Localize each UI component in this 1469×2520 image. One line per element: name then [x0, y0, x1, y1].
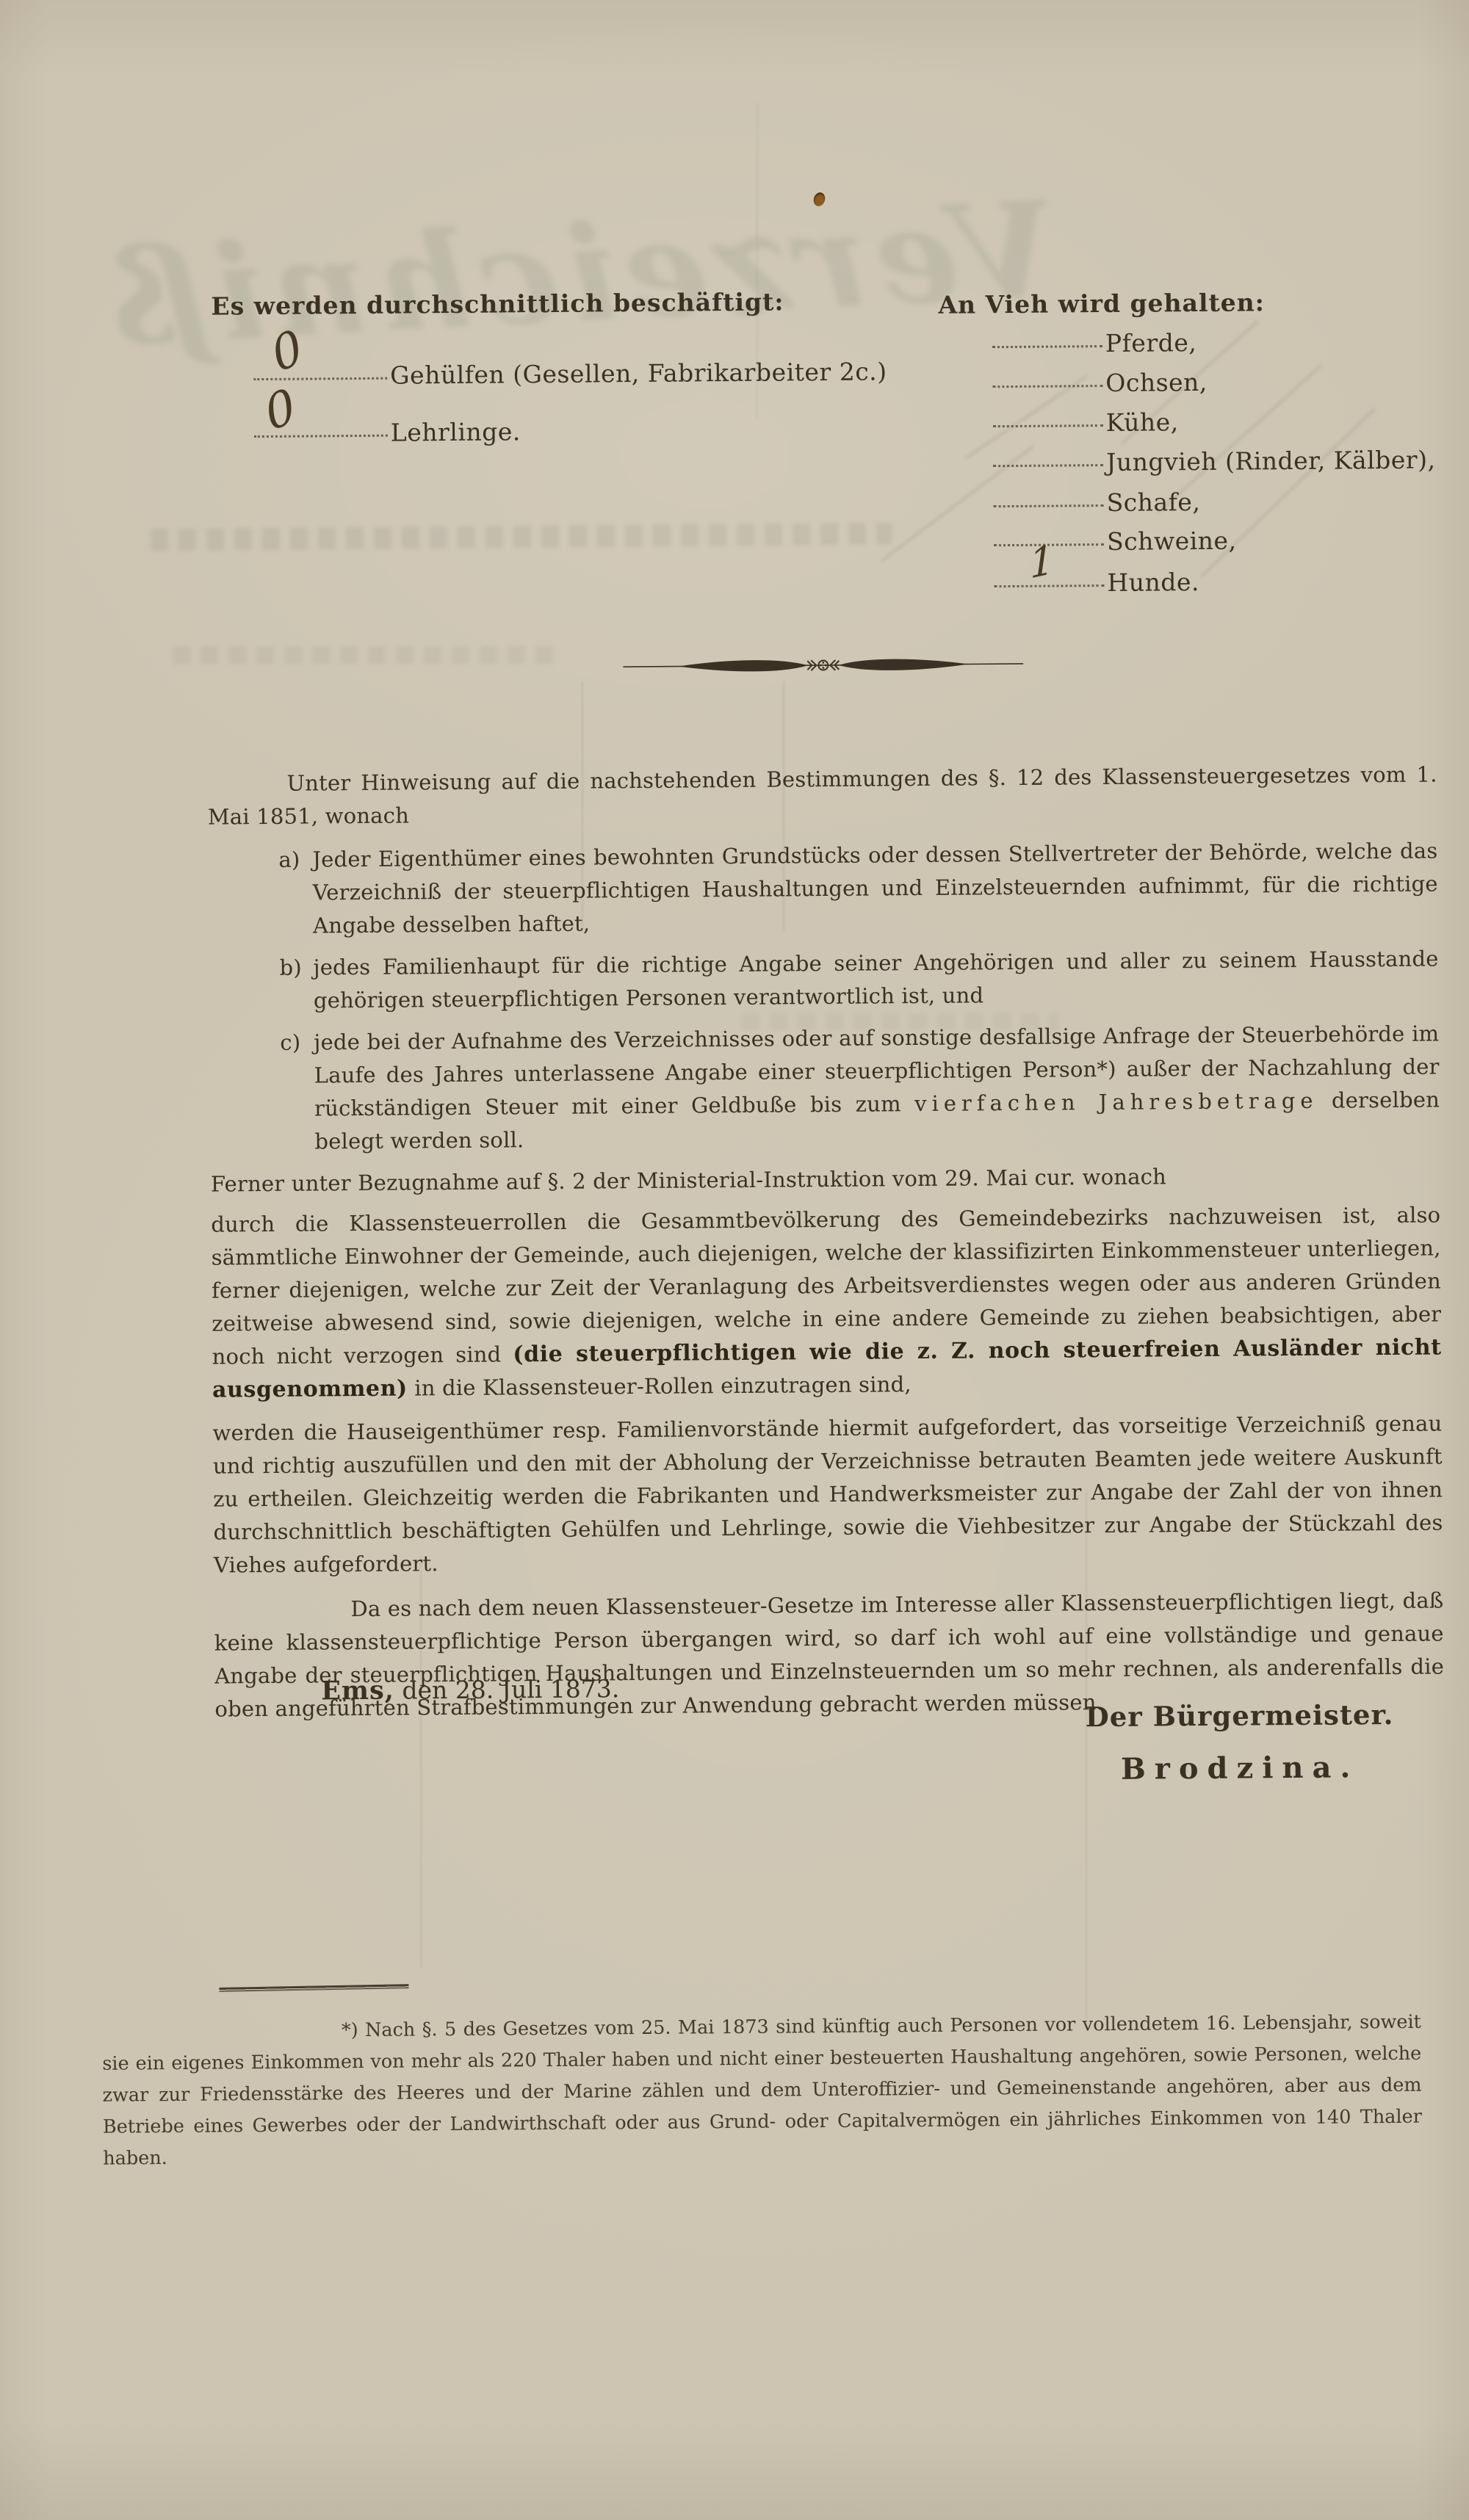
livestock-row: Pferde,: [992, 328, 1197, 358]
list-item-label: b): [279, 952, 302, 985]
dotted-fill-line: [254, 435, 388, 438]
emphasized-spaced-text: vierfachen Jahresbetrage: [914, 1088, 1318, 1116]
livestock-heading: An Vieh wird gehalten:: [938, 288, 1265, 319]
list-item-c: c) jede bei der Aufnahme des Verzeichnis…: [209, 1017, 1440, 1159]
main-text: Unter Hinweisung auf die nachstehenden B…: [207, 758, 1444, 1726]
dotted-fill-line: [994, 584, 1104, 587]
list-item-text: jedes Familienhaupt für die richtige Ang…: [313, 946, 1438, 1013]
livestock-row-label: Jungvieh (Rinder, Kälber),: [1106, 445, 1436, 477]
footnote-text: *) Nach §. 5 des Gesetzes vom 25. Mai 18…: [102, 2007, 1423, 2175]
dotted-fill-line: [993, 424, 1103, 427]
livestock-row: Ochsen,: [992, 368, 1208, 398]
dotted-fill-line: [992, 385, 1102, 388]
signature-title: Der Bürgermeister.: [1063, 1698, 1415, 1734]
dotted-fill-line: [992, 345, 1102, 348]
handwritten-zero: 0: [267, 323, 308, 380]
livestock-row-label: Kühe,: [1106, 408, 1179, 437]
livestock-row: Kühe,: [993, 408, 1179, 438]
livestock-row-label: Schafe,: [1106, 488, 1200, 517]
handwritten-zero: 0: [260, 382, 301, 438]
list-item-b: b) jedes Familienhaupt für die richtige …: [209, 942, 1439, 1018]
footnote-rule: [219, 1984, 408, 1992]
signature-name: Brodzina.: [1064, 1750, 1416, 1787]
livestock-row-label: Schweine,: [1107, 526, 1237, 556]
durch-paragraph: durch die Klassensteuerrollen die Gesamm…: [211, 1198, 1442, 1406]
werden-paragraph: werden die Hauseigenthümer resp. Familie…: [212, 1407, 1443, 1582]
employment-row: 0Gehülfen (Gesellen, Fabrikarbeiter 2c.): [253, 357, 887, 391]
livestock-row-label: Pferde,: [1105, 328, 1197, 358]
employment-row: 0Lehrlinge.: [254, 417, 521, 448]
dotted-fill-line: [253, 377, 387, 380]
dateline-place: Ems,: [321, 1676, 394, 1706]
employment-heading: Es werden durchschnittlich beschäftigt:: [211, 287, 784, 320]
livestock-row-label: Hunde.: [1107, 568, 1199, 597]
ferner-paragraph: Ferner unter Bezugnahme auf §. 2 der Min…: [211, 1158, 1440, 1201]
document-page: Verzeichniß Es werden durchschnittlich b…: [0, 0, 1469, 2520]
signature-block: Der Bürgermeister. Brodzina.: [1063, 1698, 1416, 1787]
employment-row-label: Lehrlinge.: [391, 417, 521, 446]
list-item-a: a) Jeder Eigenthümer eines bewohnten Gru…: [208, 834, 1438, 943]
page-content: Es werden durchschnittlich beschäftigt: …: [0, 0, 1469, 2520]
handwritten-count: 1: [1028, 540, 1055, 585]
dotted-fill-line: [994, 504, 1104, 507]
livestock-row: 1Hunde.: [994, 568, 1199, 598]
ornamental-divider: [623, 653, 1023, 678]
list-item-label: a): [278, 844, 300, 877]
list-item-text: jede bei der Aufnahme des Verzeichnisses…: [314, 1021, 1440, 1154]
employment-row-label: Gehülfen (Gesellen, Fabrikarbeiter 2c.): [390, 357, 887, 389]
list-item-text: Jeder Eigenthümer eines bewohnten Grunds…: [312, 838, 1438, 938]
livestock-row: Schafe,: [993, 488, 1200, 518]
dateline: Ems, den 28. Juli 1873.: [321, 1673, 619, 1706]
livestock-row-label: Ochsen,: [1105, 368, 1208, 397]
livestock-row: Jungvieh (Rinder, Kälber),: [993, 445, 1436, 477]
dateline-date: den 28. Juli 1873.: [394, 1674, 620, 1704]
dotted-fill-line: [993, 464, 1103, 467]
list-item-label: c): [280, 1027, 300, 1060]
intro-paragraph: Unter Hinweisung auf die nachstehenden B…: [207, 758, 1437, 833]
